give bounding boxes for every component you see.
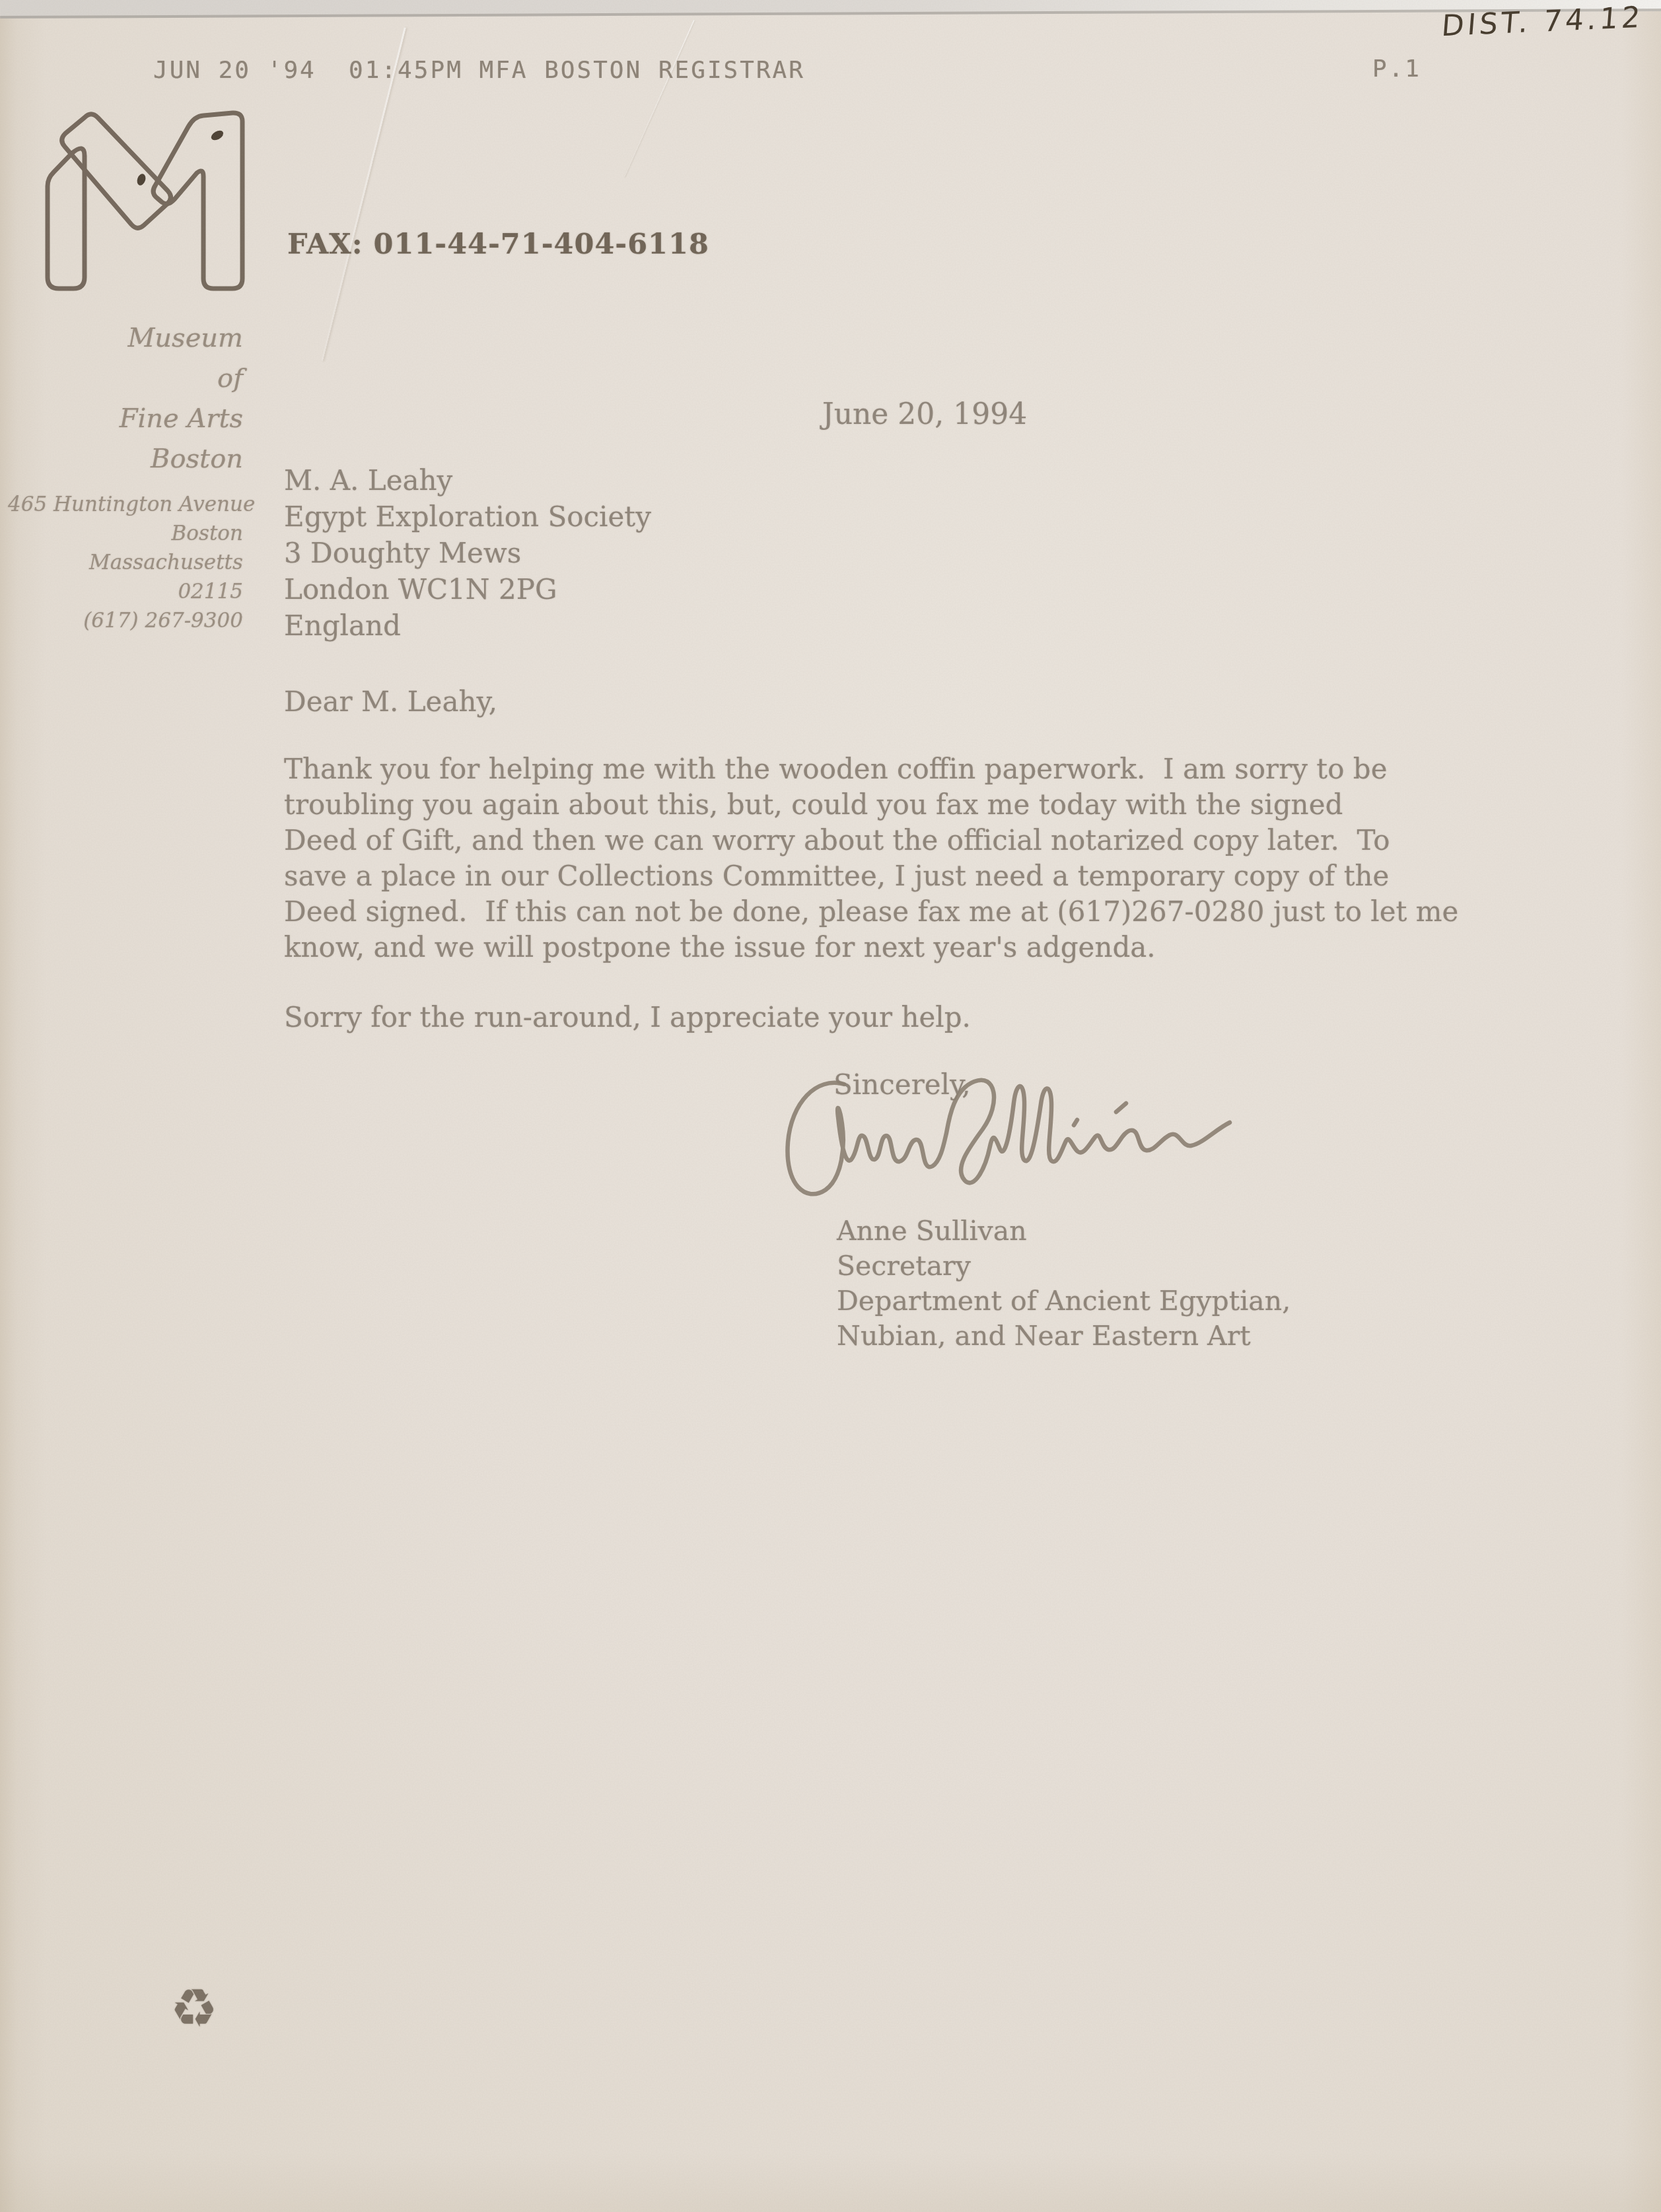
body-line: Deed of Gift, and then we can worry abou…	[284, 823, 1458, 858]
recipient-address: M. A. LeahyEgypt Exploration Society3 Do…	[284, 462, 651, 644]
paper-crease	[623, 20, 695, 177]
signature-block-line: Nubian, and Near Eastern Art	[837, 1319, 1290, 1354]
letterhead-name-line: Fine Arts	[25, 399, 243, 439]
recipient-address-line: Egypt Exploration Society	[284, 499, 651, 535]
letterhead-name-line: Boston	[25, 439, 243, 479]
letterhead-address-line: Boston	[8, 519, 243, 548]
letterhead-name: MuseumofFine ArtsBoston	[25, 318, 243, 479]
body-line: troubling you again about this, but, cou…	[284, 787, 1458, 823]
signature-block-line: Department of Ancient Egyptian,	[837, 1284, 1290, 1319]
signature-scrawl	[778, 1062, 1254, 1223]
body-paragraph-1: Thank you for helping me with the wooden…	[284, 751, 1458, 965]
signature-block: Anne SullivanSecretaryDepartment of Anci…	[837, 1214, 1290, 1354]
letter-date: June 20, 1994	[822, 397, 1027, 431]
body-line: save a place in our Collections Committe…	[284, 858, 1458, 894]
body-line: know, and we will postpone the issue for…	[284, 930, 1458, 965]
letterhead-name-line: Museum	[25, 318, 243, 359]
recipient-address-line: England	[284, 607, 651, 644]
fax-number-line: FAX: 011-44-71-404-6118	[287, 228, 709, 261]
letterhead-address-line: 02115	[8, 577, 243, 606]
signature-block-line: Anne Sullivan	[837, 1214, 1290, 1249]
letterhead-name-line: of	[25, 359, 243, 399]
salutation: Dear M. Leahy,	[284, 685, 497, 718]
signature-block-line: Secretary	[837, 1249, 1290, 1284]
body-paragraph-2: Sorry for the run-around, I appreciate y…	[284, 1001, 971, 1033]
fax-letter-page: JUN 20 '94 01:45PM MFA BOSTON REGISTRAR …	[0, 0, 1661, 2212]
letterhead-address: 465 Huntington AvenueBostonMassachusetts…	[8, 490, 243, 635]
scan-edge-strip	[0, 0, 1661, 18]
body-line: Thank you for helping me with the wooden…	[284, 751, 1458, 787]
fax-transmission-header: JUN 20 '94 01:45PM MFA BOSTON REGISTRAR	[153, 57, 805, 84]
letterhead-address-line: (617) 267-9300	[8, 606, 243, 635]
recycle-icon: ♻	[170, 1978, 218, 2039]
recipient-address-line: M. A. Leahy	[284, 462, 651, 499]
fax-page-number: P.1	[1372, 55, 1421, 83]
body-line: Deed signed. If this can not be done, pl…	[284, 894, 1458, 930]
letterhead-address-line: Massachusetts	[8, 548, 243, 577]
recipient-address-line: London WC1N 2PG	[284, 571, 651, 607]
letterhead-address-line: 465 Huntington Avenue	[8, 490, 243, 519]
mfa-m-logo-icon	[28, 99, 256, 300]
recipient-address-line: 3 Doughty Mews	[284, 535, 651, 571]
